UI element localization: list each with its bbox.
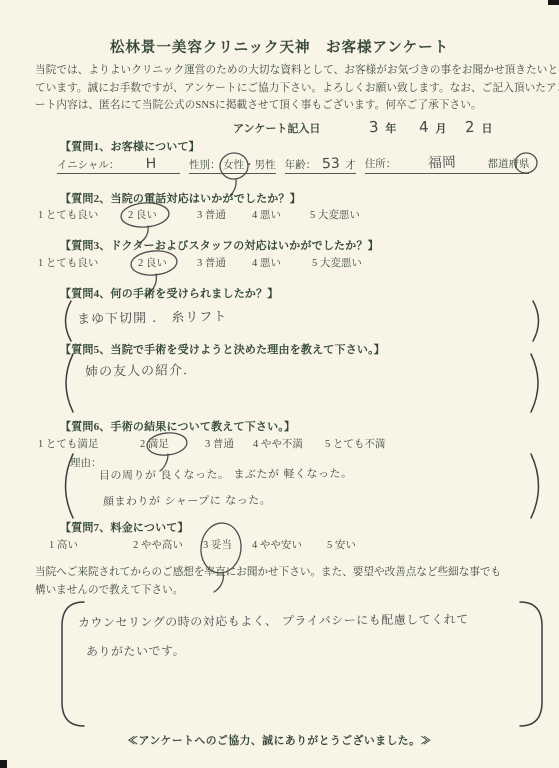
q2-option-2-circled: 2 良い: [128, 207, 197, 222]
q5-answer-value: 姉の友人の紹介．: [85, 359, 197, 380]
feedback-prompt-line-2: 構いませんので教えて下さい。: [35, 582, 535, 600]
intro-line-1: 当院では、よりよいクリニック運営のための大切な資料として、お客様がお気づきの事を…: [35, 62, 535, 80]
date-year-unit: 年: [385, 123, 396, 135]
q3-option-2-circled: 2 良い: [138, 255, 197, 270]
q1-initial-field: イニシャル： H: [57, 156, 180, 174]
q1-gender-male-label: 男性: [255, 160, 276, 171]
feedback-comment-line-2: ありがたいです。: [86, 639, 469, 659]
q1-gender-female-label: 女性: [223, 160, 244, 171]
q3-heading: 【質問3、ドクターおよびスタッフの対応はいかがでしたか？】: [60, 237, 379, 253]
q1-gender-separator: ・: [244, 160, 255, 171]
q3-option-2: 2 良い: [138, 255, 197, 270]
q7-heading: 【質問7、料金について】: [60, 519, 189, 535]
q2-options-row: 1 とても良い2 良い3 普通4 悪い5 大変悪い: [38, 207, 360, 222]
intro-paragraph: 当院では、よりよいクリニック運営のための大切な資料として、お客様がお気づきの事を…: [35, 62, 535, 115]
q1-age-label: 年齢：: [285, 160, 317, 171]
q3-option-1: 1 とても良い: [38, 255, 138, 270]
q3-option-4: 4 悪い: [252, 255, 312, 270]
q6-reason-box: 理由： 目の周りが 良くなった。 まぶたが 軽くなった。 顔まわりが シャープに…: [55, 452, 547, 520]
q6-option-4: 4 やや不満: [253, 436, 325, 451]
feedback-prompt-line-1: 当院へご来院されてからのご感想を率直にお聞かせ下さい。また、要望や改善点など些細…: [35, 564, 535, 582]
date-day-value: 2: [465, 118, 475, 136]
q2-option-5: 5 大変悪い: [310, 207, 360, 222]
q4-answer-value: まゆ下切開 ． 糸リフト: [77, 306, 228, 328]
intro-line-2: ています。誠にお手数ですが、アンケートにご協力下さい。よろしくお願い致します。な…: [35, 80, 535, 98]
q1-address-field: 住所： 福岡 都道府 県: [365, 152, 530, 174]
intro-line-3: ート内容は、匿名にて当院公式のSNSに掲載させて頂く事もございます。何卒ご了承下…: [35, 97, 535, 115]
q1-initial-value: H: [122, 155, 181, 173]
q1-gender-label: 性別：: [189, 160, 221, 171]
date-month-unit: 月: [435, 123, 446, 135]
q7-option-2: 2 やや高い: [133, 537, 203, 552]
date-day-unit: 日: [481, 123, 492, 135]
q3-option-3: 3 普通: [197, 255, 252, 270]
q7-option-3-circled: 3 妥当: [203, 537, 252, 552]
q1-prefecture-label: 県: [519, 159, 530, 170]
q1-address-value: 福岡: [399, 151, 486, 174]
q3-option-5: 5 大変悪い: [312, 255, 362, 270]
date-row: アンケート記入日 3 年 4 月 2 日: [233, 118, 492, 136]
q7-option-5: 5 安い: [327, 537, 356, 552]
q7-option-1: 1 高い: [49, 537, 133, 552]
q5-answer-box: 姉の友人の紹介．: [55, 352, 547, 414]
q6-options-row: 1 とても満足2 満足3 普通4 やや不満5 とても不満: [38, 436, 385, 451]
q6-option-3: 3 普通: [205, 436, 253, 451]
q1-age-unit: 才: [345, 160, 356, 171]
scan-mark-top-right: [548, 0, 559, 5]
q2-option-3: 3 普通: [197, 207, 252, 222]
q1-age-field: 年齢： 53 才: [285, 156, 356, 174]
q7-option-4: 4 やや安い: [252, 537, 327, 552]
q1-prefecture-prefix: 都道府: [487, 159, 519, 170]
feedback-prompt: 当院へご来院されてからのご感想を率直にお聞かせ下さい。また、要望や改善点など些細…: [35, 564, 535, 599]
q7-options-row: 1 高い2 やや高い3 妥当4 やや安い5 安い: [49, 537, 356, 552]
feedback-comment-line-1: カウンセリングの時の対応もよく、 プライバシーにも配慮してくれて: [78, 610, 469, 630]
q1-gender-field: 性別： 女性 ・男性: [189, 157, 276, 174]
q1-fields-row: イニシャル： H 性別： 女性 ・男性 年齢： 53 才 住所： 福岡 都道府: [57, 152, 529, 174]
q2-heading: 【質問2、当院の電話対応はいかがでしたか？】: [60, 190, 301, 206]
closing-text: ≪アンケートへのご協力、誠にありがとうございました。≫: [0, 733, 559, 748]
q6-heading: 【質問6、手術の結果について教えて下さい。】: [60, 418, 295, 434]
q6-option-2: 2 満足: [140, 436, 205, 451]
q6-reason-label: 理由：: [70, 455, 102, 470]
date-month-value: 4: [419, 118, 429, 136]
q1-prefecture-circled: 県: [519, 156, 530, 171]
q2-option-2: 2 良い: [128, 207, 197, 222]
q3-options-row: 1 とても良い2 良い3 普通4 悪い5 大変悪い: [38, 255, 362, 270]
q2-option-1: 1 とても良い: [38, 207, 128, 222]
feedback-comment-box: カウンセリングの時の対応もよく、 プライバシーにも配慮してくれて ありがたいです…: [52, 600, 552, 728]
page-title: 松林景一美容クリニック天神 お客様アンケート: [0, 36, 559, 57]
feedback-comment-text: カウンセリングの時の対応もよく、 プライバシーにも配慮してくれて ありがたいです…: [78, 612, 469, 658]
q6-option-1: 1 とても満足: [38, 436, 140, 451]
q4-answer-box: まゆ下切開 ． 糸リフト: [55, 299, 547, 343]
q6-reason-line-2: 顔まわりが シャープに なった。: [103, 491, 353, 509]
q6-reason-text: 目の周りが 良くなった。 まぶたが 軽くなった。 顔まわりが シャープに なった…: [99, 466, 353, 508]
scan-mark-bottom-left: [0, 760, 7, 768]
q6-option-2-circled: 2 満足: [140, 436, 205, 451]
survey-page: 松林景一美容クリニック天神 お客様アンケート 当院では、よりよいクリニック運営の…: [0, 0, 559, 768]
date-year-value: 3: [369, 118, 379, 136]
q1-initial-label: イニシャル：: [57, 160, 119, 171]
date-label: アンケート記入日: [233, 123, 320, 135]
q1-address-label: 住所：: [365, 159, 397, 170]
q7-option-3: 3 妥当: [203, 537, 252, 552]
q1-age-value: 53: [321, 156, 339, 173]
q2-option-4: 4 悪い: [252, 207, 310, 222]
q6-reason-line-1: 目の周りが 良くなった。 まぶたが 軽くなった。: [99, 465, 353, 483]
q6-option-5: 5 とても不満: [325, 436, 385, 451]
q1-gender-female-circled: 女性: [223, 157, 244, 172]
